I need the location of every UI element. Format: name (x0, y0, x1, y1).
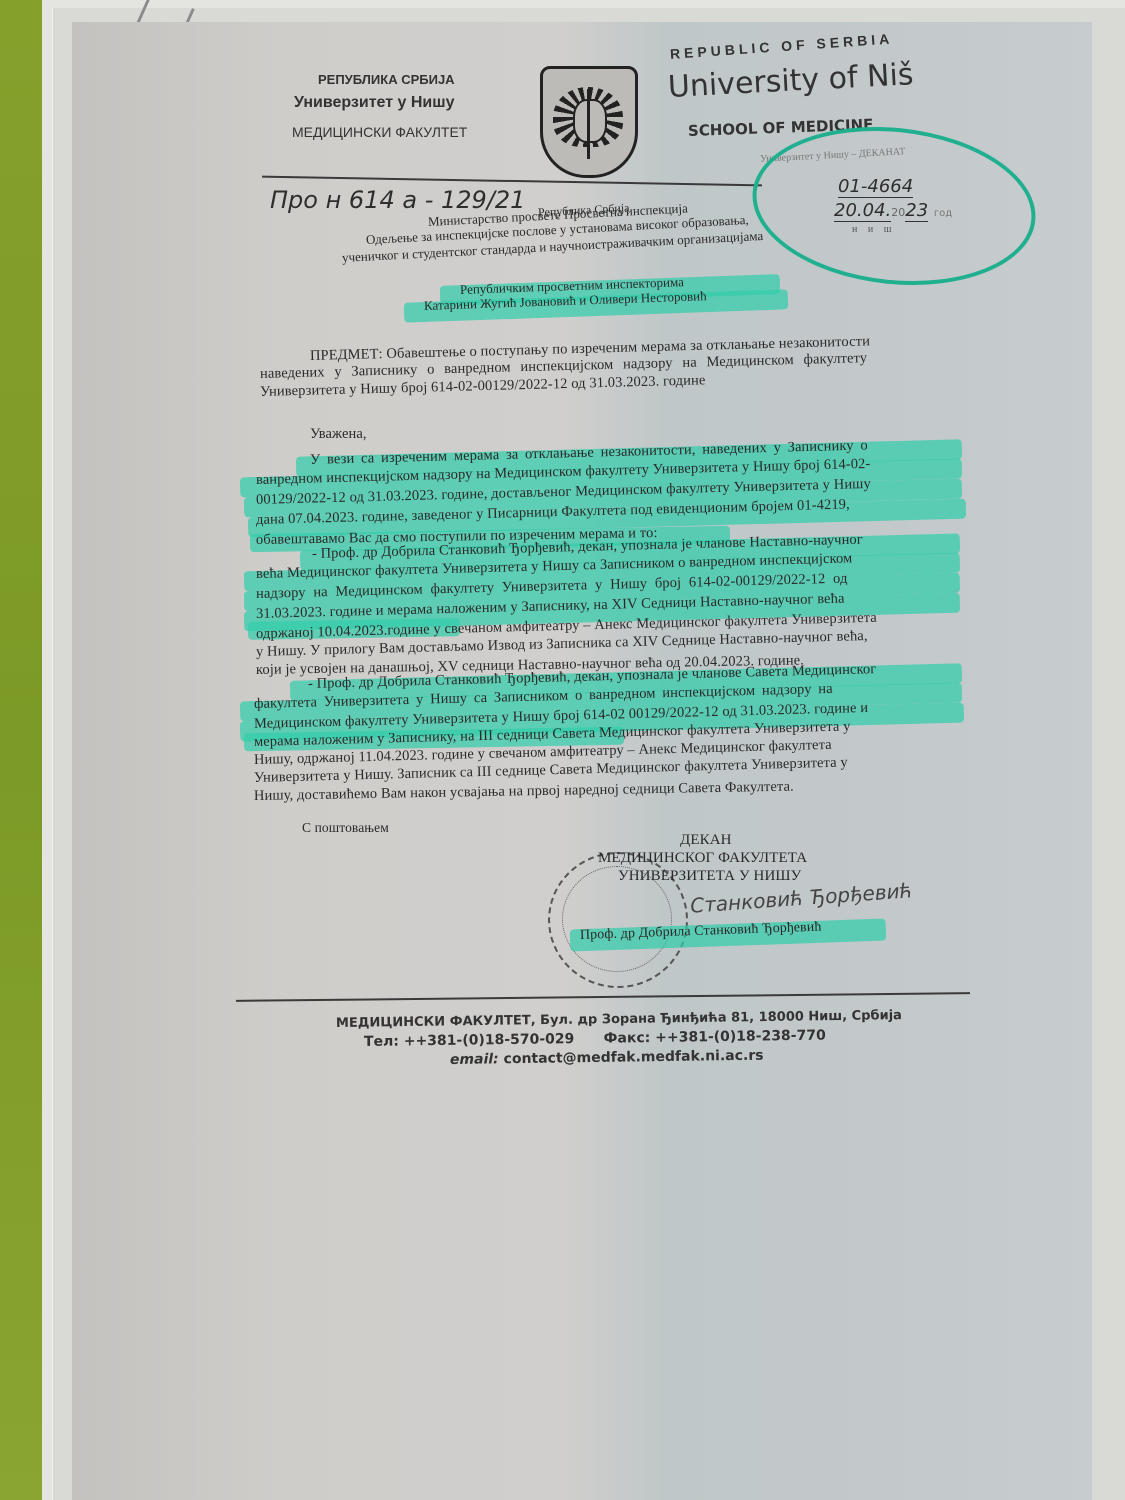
handwritten-reference: Про н 614 а - 129/21 (270, 186, 525, 214)
phone-label: Тел: (364, 1034, 399, 1050)
letterhead-faculty-cyr: МЕДИЦИНСКИ ФАКУЛТЕТ (292, 124, 467, 140)
letterhead-country-cyr: РЕПУБЛИКА СРБИЈА (318, 72, 455, 87)
fax-number: ++381-(0)18-238-770 (655, 1028, 826, 1046)
university-crest-icon (540, 66, 638, 178)
subject-label: ПРЕДМЕТ: (310, 346, 383, 364)
phone-number: ++381-(0)18-570-029 (404, 1031, 575, 1049)
signature-title-3: УНИВЕРЗИТЕТА У НИШУ (618, 868, 801, 885)
fax-label: Факс: (603, 1030, 650, 1047)
email-label: email: (450, 1051, 499, 1068)
salutation: Уважена, (310, 426, 367, 443)
letterhead-university-cyr: Универзитет у Нишу (294, 94, 455, 112)
signature-title-2: МЕДИЦИНСКОГ ФАКУЛТЕТА (598, 850, 807, 867)
closing: С поштовањем (302, 820, 389, 836)
signature-title-1: ДЕКАН (680, 832, 732, 849)
